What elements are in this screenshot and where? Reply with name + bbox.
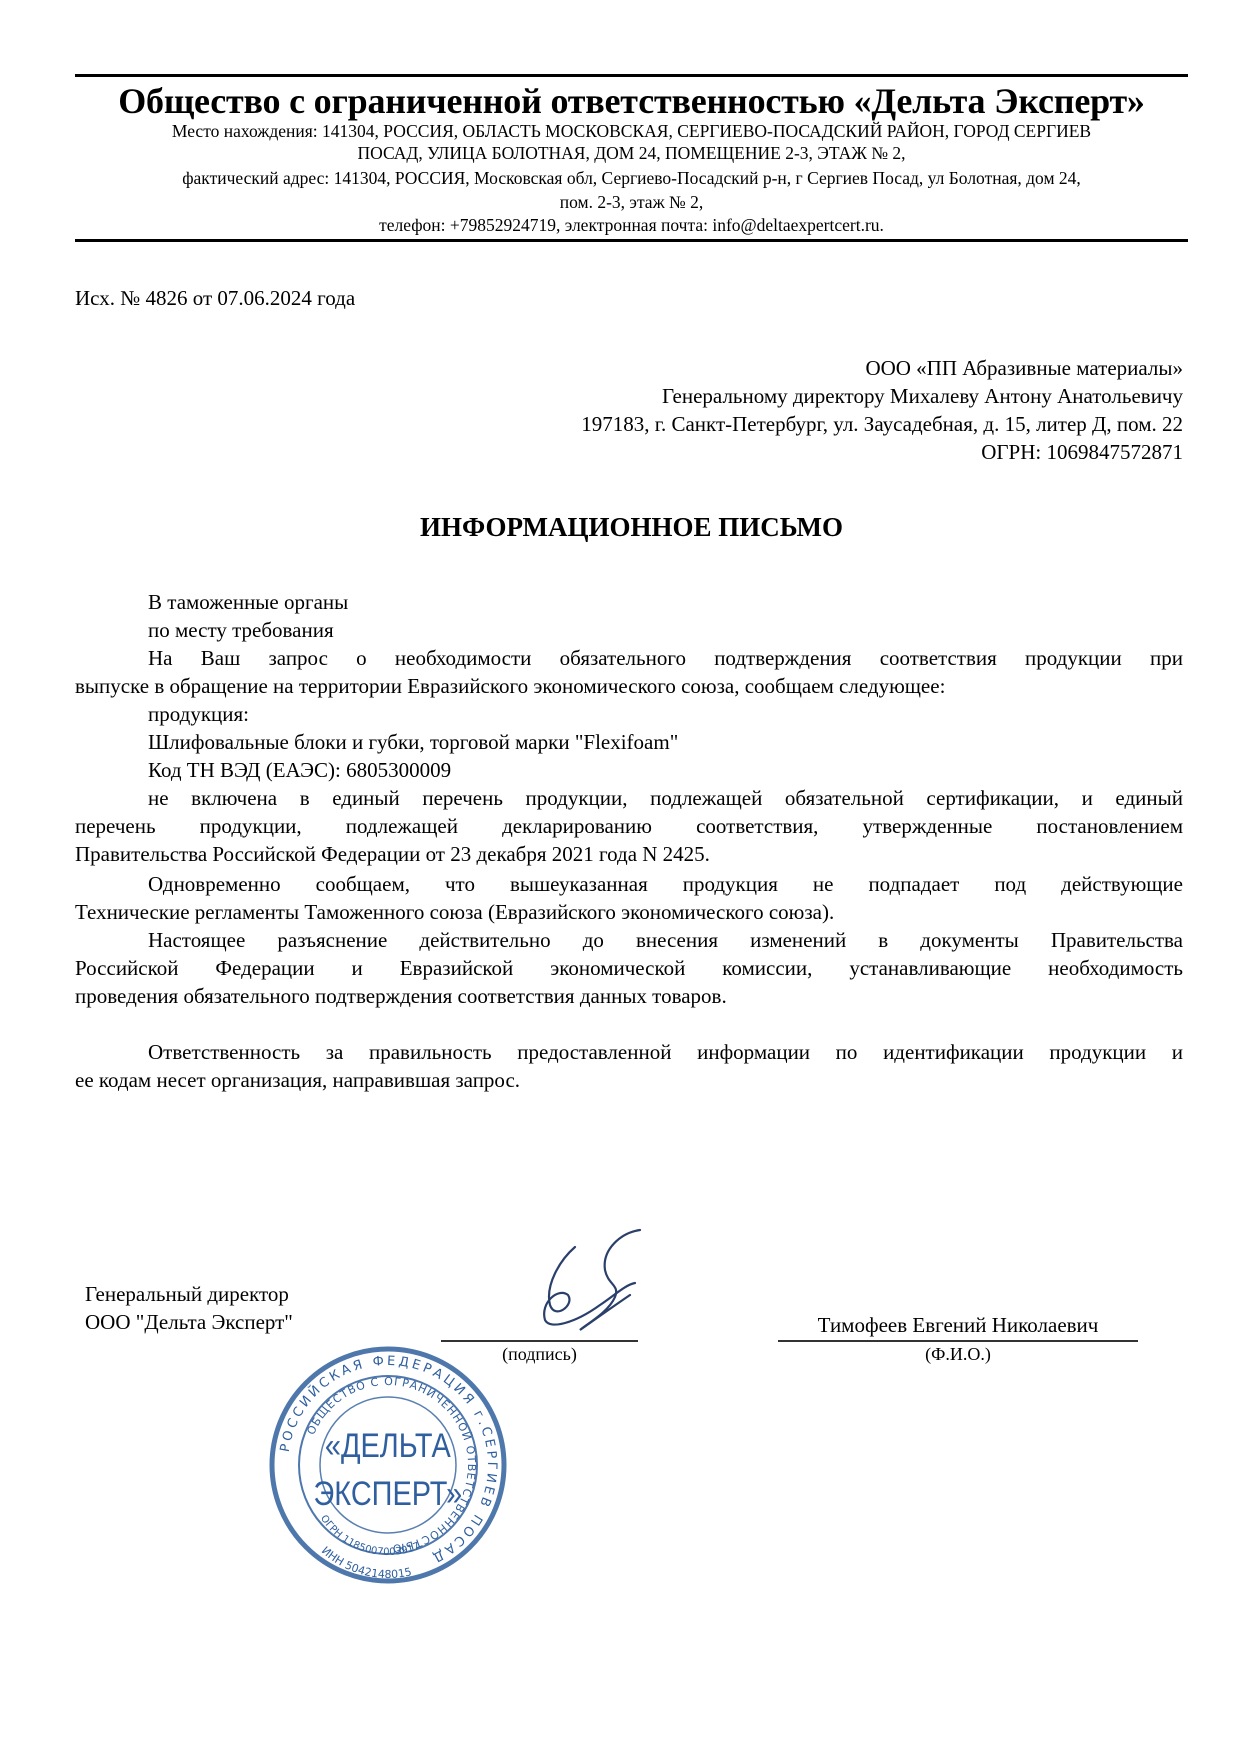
recipient-address: 197183, г. Санкт-Петербург, ул. Заусадеб… <box>581 410 1183 438</box>
paragraph-2-line-1: не включена в единый перечень продукции,… <box>148 784 1183 812</box>
paragraph-5-line-1: Ответственность за правильность предоста… <box>148 1038 1183 1066</box>
actual-address-line-1: фактический адрес: 141304, РОССИЯ, Моско… <box>75 167 1188 189</box>
paragraph-2-line-3: Правительства Российской Федерации от 23… <box>75 840 710 868</box>
company-stamp: РОССИЙСКАЯ ФЕДЕРАЦИЯ г.СЕРГИЕВ ПОСАД ОБЩ… <box>268 1345 508 1585</box>
recipient-person: Генеральному директору Михалеву Антону А… <box>662 382 1183 410</box>
recipient-ogrn: ОГРН: 1069847572871 <box>981 438 1183 466</box>
paragraph-4-line-3: проведения обязательного подтверждения с… <box>75 982 727 1010</box>
paragraph-5-line-2: ее кодам несет организация, направившая … <box>75 1066 520 1094</box>
contacts-line: телефон: +79852924719, электронная почта… <box>75 214 1188 236</box>
paragraph-1-line-1: На Ваш запрос о необходимости обязательн… <box>148 644 1183 672</box>
hs-code: Код ТН ВЭД (ЕАЭС): 6805300009 <box>148 756 451 784</box>
outgoing-reference: Исх. № 4826 от 07.06.2024 года <box>75 284 355 312</box>
actual-address-line-2: пом. 2-3, этаж № 2, <box>75 191 1188 213</box>
paragraph-4-line-2: Российской Федерации и Евразийской эконо… <box>75 954 1183 982</box>
stamp-center-line-2: ЭКСПЕРТ» <box>314 1474 463 1513</box>
addressee-line-1: В таможенные органы <box>148 588 348 616</box>
product-name: Шлифовальные блоки и губки, торговой мар… <box>148 728 678 756</box>
document-title: ИНФОРМАЦИОННОЕ ПИСЬМО <box>75 511 1188 543</box>
signer-position-line-1: Генеральный директор <box>85 1280 289 1308</box>
name-caption: (Ф.И.О.) <box>778 1343 1138 1365</box>
signature-line <box>441 1340 638 1342</box>
signer-position-line-2: ООО "Дельта Эксперт" <box>85 1308 293 1336</box>
legal-address-line-2: ПОСАД, УЛИЦА БОЛОТНАЯ, ДОМ 24, ПОМЕЩЕНИЕ… <box>75 142 1188 164</box>
letterhead-top-rule <box>75 74 1188 77</box>
product-label: продукция: <box>148 700 249 728</box>
paragraph-2-line-2: перечень продукции, подлежащей деклариро… <box>75 812 1183 840</box>
handwritten-signature <box>520 1225 680 1335</box>
paragraph-3-line-1: Одновременно сообщаем, что вышеуказанная… <box>148 870 1183 898</box>
paragraph-1-line-2: выпуске в обращение на территории Еврази… <box>75 672 945 700</box>
stamp-center-line-1: «ДЕЛЬТА <box>325 1426 451 1465</box>
addressee-line-2: по месту требования <box>148 616 334 644</box>
paragraph-4-line-1: Настоящее разъяснение действительно до в… <box>148 926 1183 954</box>
signer-name: Тимофеев Евгений Николаевич <box>778 1311 1138 1339</box>
letterhead-bottom-rule <box>75 239 1188 242</box>
recipient-company: ООО «ПП Абразивные материалы» <box>865 354 1183 382</box>
name-line <box>778 1340 1138 1342</box>
legal-address-line-1: Место нахождения: 141304, РОССИЯ, ОБЛАСТ… <box>75 120 1188 142</box>
company-name: Общество с ограниченной ответственностью… <box>75 80 1188 122</box>
paragraph-3-line-2: Технические регламенты Таможенного союза… <box>75 898 834 926</box>
